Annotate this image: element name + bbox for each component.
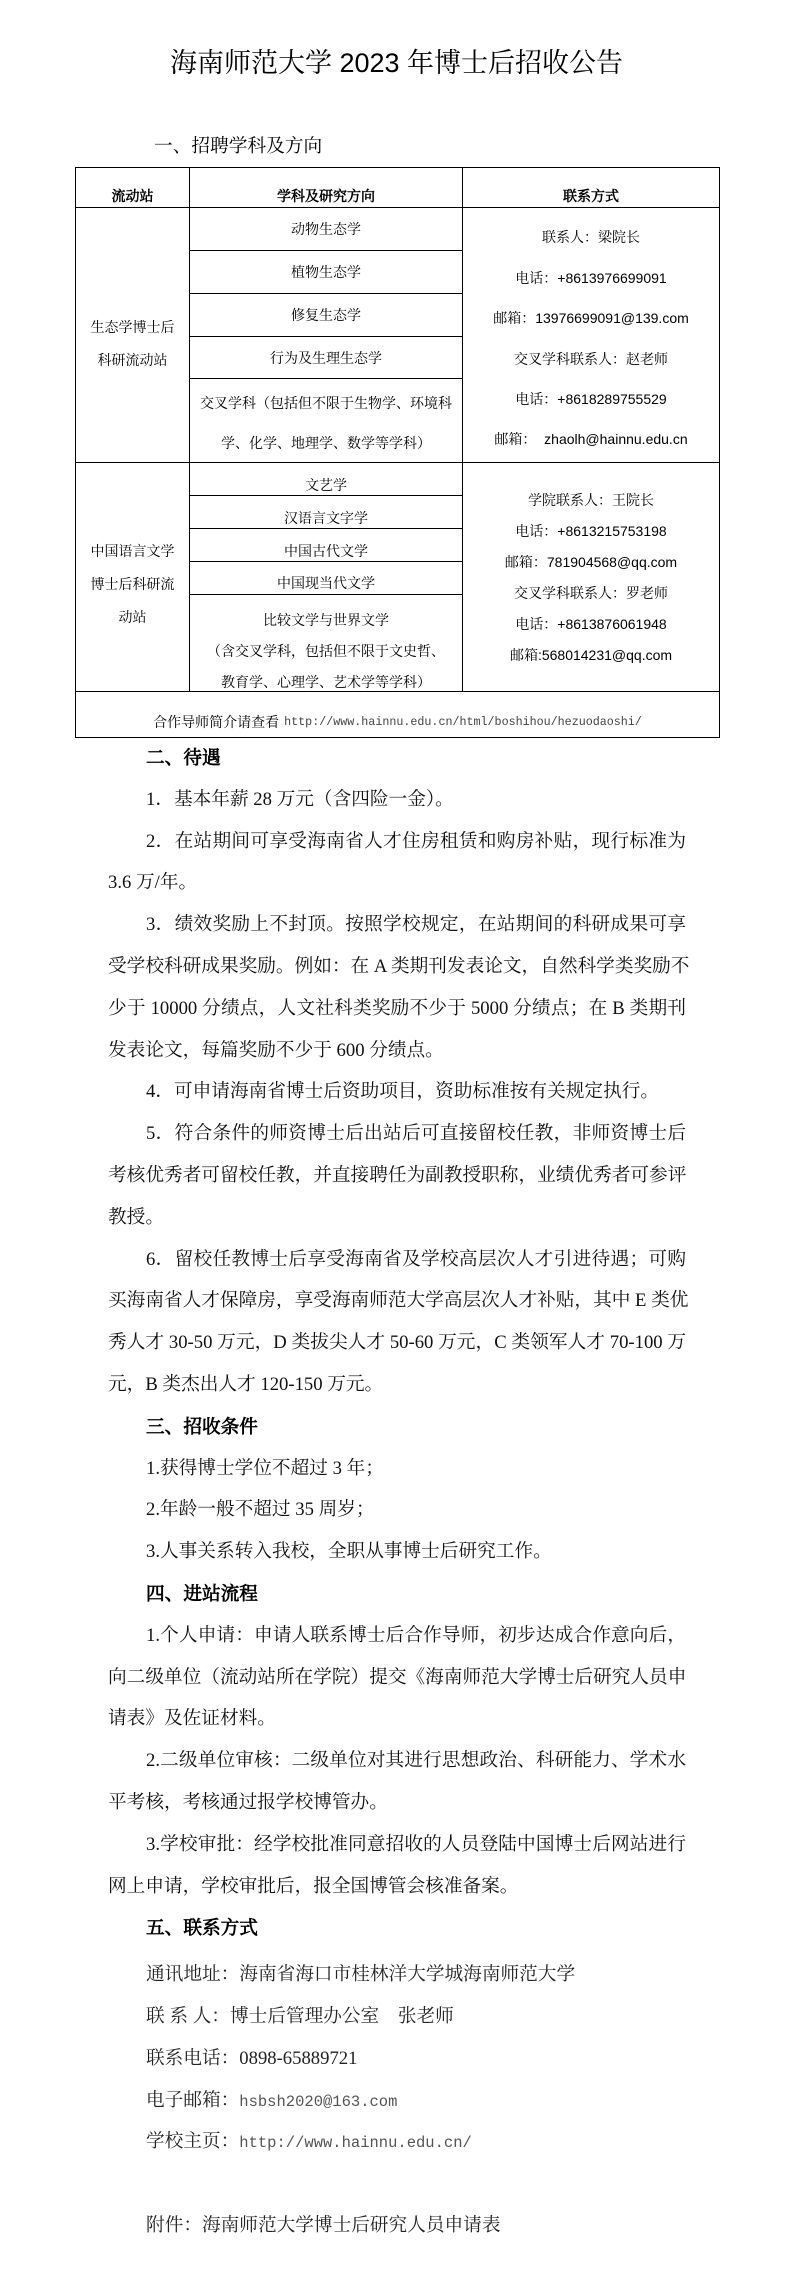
- advisor-info-link[interactable]: http://www.hainnu.edu.cn/html/boshihou/h…: [284, 712, 642, 732]
- paragraph-line: 3.6 万/年。: [108, 862, 686, 904]
- paragraph-line: 1.个人申请：申请人联系博士后合作导师，初步达成合作意向后，: [108, 1615, 686, 1657]
- process-step: 3.学校审批：经学校批准同意招收的人员登陆中国博士后网站进行 网上申请，学校审批…: [108, 1824, 686, 1908]
- paragraph-line: 网上申请，学校审批后，报全国博管会核准备案。: [108, 1866, 686, 1908]
- paragraph-line: 买海南省人才保障房，享受海南师范大学高层次人才补贴，其中 E 类优: [108, 1280, 686, 1322]
- benefit-item: 5．符合条件的师资博士后出站后可直接留校任教，非师资博士后 考核优秀者可留校任教…: [108, 1113, 686, 1238]
- discipline-name: 动物生态学: [291, 219, 361, 239]
- discipline-cell: 汉语言文字学: [190, 496, 463, 529]
- contact-address-value: 海南省海口市桂林洋大学城海南师范大学: [239, 1964, 575, 1985]
- requirement-item: 3.人事关系转入我校，全职从事博士后研究工作。: [108, 1531, 686, 1573]
- discipline-cell: 中国古代文学: [190, 529, 463, 562]
- blank-line: [108, 2163, 686, 2205]
- column-header-discipline: 学科及研究方向: [190, 168, 463, 208]
- discipline-name: （含交叉学科，包括但不限于文史哲、: [207, 636, 445, 667]
- paragraph-line: 5．符合条件的师资博士后出站后可直接留校任教，非师资博士后: [108, 1113, 686, 1155]
- homepage-link[interactable]: http://www.hainnu.edu.cn/: [239, 2134, 472, 2152]
- column-header-contact: 联系方式: [463, 168, 720, 208]
- contact-phone: 电话：+8613876061948: [515, 609, 666, 640]
- discipline-name: 汉语言文字学: [284, 508, 368, 528]
- discipline-cell: 比较文学与世界文学 （含交叉学科，包括但不限于文史哲、 教育学、心理学、艺术学等…: [190, 595, 463, 692]
- paragraph-line: 秀人才 30-50 万元，D 类拔尖人才 50-60 万元，C 类领军人才 70…: [108, 1322, 686, 1364]
- benefit-item: 3．绩效奖励上不封顶。按照学校规定，在站期间的科研成果可享 受学校科研成果奖励。…: [108, 904, 686, 1071]
- paragraph-line: 2.二级单位审核：二级单位对其进行思想政治、科研能力、学术水: [108, 1740, 686, 1782]
- contact-person-interdisciplinary: 交叉学科联系人：罗老师: [514, 578, 668, 609]
- discipline-cell: 植物生态学: [190, 251, 463, 294]
- station-name-line: 生态学博士后: [91, 311, 175, 344]
- column-header-label: 联系方式: [463, 168, 719, 207]
- contact-label: 电子邮箱：: [146, 2090, 239, 2111]
- advisor-info-cell: 合作导师简介请查看 http://www.hainnu.edu.cn/html/…: [76, 692, 720, 738]
- discipline-cell: 行为及生理生态学: [190, 337, 463, 379]
- discipline-name: 中国现当代文学: [277, 573, 375, 593]
- discipline-name: 植物生态学: [291, 262, 361, 282]
- attachment-row: 附件：海南师范大学博士后研究人员申请表: [108, 2205, 686, 2247]
- discipline-cell: 修复生态学: [190, 294, 463, 337]
- section-heading-benefits: 二、待遇: [108, 737, 686, 779]
- discipline-cell: 中国现当代文学: [190, 562, 463, 595]
- paragraph-line: 向二级单位（流动站所在学院）提交《海南师范大学博士后研究人员申: [108, 1657, 686, 1699]
- contact-email-row: 电子邮箱：hsbsh2020@163.com: [108, 2080, 686, 2122]
- benefit-item: 4．可申请海南省博士后资助项目，资助标准按有关规定执行。: [108, 1071, 686, 1113]
- column-header-station: 流动站: [76, 168, 190, 208]
- contact-person-interdisciplinary: 交叉学科联系人：赵老师: [514, 339, 668, 379]
- paragraph-line: 3.学校审批：经学校批准同意招收的人员登陆中国博士后网站进行: [108, 1824, 686, 1866]
- announcement-body: 二、待遇 1．基本年薪 28 万元（含四险一金）。 2．在站期间可享受海南省人才…: [108, 737, 686, 2247]
- benefit-item: 6．留校任教博士后享受海南省及学校高层次人才引进待遇；可购 买海南省人才保障房，…: [108, 1239, 686, 1406]
- benefit-item: 2．在站期间可享受海南省人才住房租赁和购房补贴，现行标准为 3.6 万/年。: [108, 821, 686, 905]
- contact-cell-ecology: 联系人：梁院长 电话：+8613976699091 邮箱：13976699091…: [463, 208, 720, 463]
- discipline-name: 修复生态学: [291, 305, 361, 325]
- paragraph-line: 受学校科研成果奖励。例如：在 A 类期刊发表论文，自然科学类奖励不: [108, 946, 686, 988]
- station-name-line: 中国语言文学: [91, 535, 175, 568]
- paragraph-line: 3．绩效奖励上不封顶。按照学校规定，在站期间的科研成果可享: [108, 904, 686, 946]
- paragraph-line: 少于 10000 分绩点，人文社科类奖励不少于 5000 分绩点；在 B 类期刊: [108, 988, 686, 1030]
- table-header-row: 流动站 学科及研究方向 联系方式: [76, 168, 720, 208]
- discipline-name: 比较文学与世界文学: [263, 605, 389, 636]
- contact-email: 邮箱：13976699091@139.com: [493, 298, 689, 338]
- paragraph-line: 发表论文，每篇奖励不少于 600 分绩点。: [108, 1030, 686, 1072]
- contact-cell-chinese-literature: 学院联系人：王院长 电话：+8613215753198 邮箱：781904568…: [463, 463, 720, 692]
- contact-phone-value: 0898-65889721: [239, 2048, 357, 2069]
- contact-label: 联 系 人：: [146, 2006, 230, 2027]
- paragraph-line: 平考核，考核通过报学校博管办。: [108, 1782, 686, 1824]
- announcement-page: 海南师范大学 2023 年博士后招收公告 一、招聘学科及方向 流动站 学科及研究…: [0, 0, 793, 2282]
- process-step: 1.个人申请：申请人联系博士后合作导师，初步达成合作意向后， 向二级单位（流动站…: [108, 1615, 686, 1740]
- advisor-info-label: 合作导师简介请查看: [153, 712, 279, 732]
- contact-email: 邮箱：781904568@qq.com: [505, 547, 677, 578]
- contact-phone-row: 联系电话：0898-65889721: [108, 2038, 686, 2080]
- contact-homepage-row: 学校主页：http://www.hainnu.edu.cn/: [108, 2121, 686, 2163]
- contact-person-value: 博士后管理办公室 张老师: [230, 2006, 454, 2027]
- paragraph-line: 2．在站期间可享受海南省人才住房租赁和购房补贴，现行标准为: [108, 821, 686, 863]
- requirement-item: 1.获得博士学位不超过 3 年；: [108, 1448, 686, 1490]
- contact-phone: 电话：+8613976699091: [515, 258, 666, 298]
- contact-email: 邮箱： zhaolh@hainnu.edu.cn: [494, 419, 687, 459]
- discipline-name: 行为及生理生态学: [270, 348, 382, 368]
- contact-email-value[interactable]: hsbsh2020@163.com: [239, 2093, 397, 2111]
- discipline-name: 中国古代文学: [284, 541, 368, 561]
- discipline-cell: 交叉学科（包括但不限于生物学、环境科 学、化学、地理学、数学等学科）: [190, 379, 463, 463]
- paragraph-line: 元，B 类杰出人才 120-150 万元。: [108, 1364, 686, 1406]
- contact-label: 联系电话：: [146, 2048, 239, 2069]
- paragraph-line: 6．留校任教博士后享受海南省及学校高层次人才引进待遇；可购: [108, 1239, 686, 1281]
- station-cell-ecology: 生态学博士后 科研流动站: [76, 208, 190, 463]
- section-heading-disciplines: 一、招聘学科及方向: [154, 127, 322, 165]
- contact-email: 邮箱:568014231@qq.com: [510, 640, 672, 671]
- station-name-line: 科研流动站: [98, 344, 168, 377]
- section-heading-contact: 五、联系方式: [108, 1907, 686, 1949]
- attachment-label: 附件：: [146, 2215, 202, 2236]
- discipline-name: 交叉学科（包括但不限于生物学、环境科: [200, 383, 452, 423]
- column-header-label: 流动站: [76, 168, 189, 207]
- requirement-item: 2.年龄一般不超过 35 周岁；: [108, 1489, 686, 1531]
- discipline-name: 学、化学、地理学、数学等学科）: [221, 423, 431, 463]
- paragraph-line: 教授。: [108, 1197, 686, 1239]
- contact-person: 学院联系人：王院长: [528, 485, 654, 516]
- section-heading-requirements: 三、招收条件: [108, 1406, 686, 1448]
- table-footer-row: 合作导师简介请查看 http://www.hainnu.edu.cn/html/…: [76, 692, 720, 738]
- contact-phone: 电话：+8618289755529: [515, 379, 666, 419]
- paragraph-line: 4．可申请海南省博士后资助项目，资助标准按有关规定执行。: [108, 1071, 686, 1113]
- recruitment-table: 流动站 学科及研究方向 联系方式 生态学博士后 科研流动站 动物生态学: [75, 167, 720, 738]
- station-cell-chinese-literature: 中国语言文学 博士后科研流 动站: [76, 463, 190, 692]
- table-row: 中国语言文学 博士后科研流 动站 文艺学 学院联系人：王院长 电话：+86132…: [76, 463, 720, 496]
- discipline-cell: 文艺学: [190, 463, 463, 496]
- benefit-item: 1．基本年薪 28 万元（含四险一金）。: [108, 779, 686, 821]
- contact-person: 联系人：梁院长: [542, 217, 640, 257]
- page-title: 海南师范大学 2023 年博士后招收公告: [0, 44, 793, 82]
- table-row: 生态学博士后 科研流动站 动物生态学 联系人：梁院长 电话：+861397669…: [76, 208, 720, 251]
- process-step: 2.二级单位审核：二级单位对其进行思想政治、科研能力、学术水 平考核，考核通过报…: [108, 1740, 686, 1824]
- paragraph-line: 请表》及佐证材料。: [108, 1698, 686, 1740]
- column-header-label: 学科及研究方向: [190, 168, 462, 207]
- paragraph-line: 1．基本年薪 28 万元（含四险一金）。: [108, 779, 686, 821]
- contact-phone: 电话：+8613215753198: [515, 516, 666, 547]
- station-name-line: 动站: [119, 601, 147, 634]
- contact-info: 通讯地址：海南省海口市桂林洋大学城海南师范大学 联 系 人：博士后管理办公室 张…: [108, 1954, 686, 2247]
- paragraph-line: 考核优秀者可留校任教，并直接聘任为副教授职称，业绩优秀者可参评: [108, 1155, 686, 1197]
- contact-label: 通讯地址：: [146, 1964, 239, 1985]
- attachment-name: 海南师范大学博士后研究人员申请表: [202, 2215, 501, 2236]
- discipline-name: 教育学、心理学、艺术学等学科）: [221, 667, 431, 698]
- discipline-name: 文艺学: [305, 475, 347, 495]
- contact-label: 学校主页：: [146, 2131, 239, 2152]
- station-name-line: 博士后科研流: [91, 568, 175, 601]
- contact-address-row: 通讯地址：海南省海口市桂林洋大学城海南师范大学: [108, 1954, 686, 1996]
- contact-person-row: 联 系 人：博士后管理办公室 张老师: [108, 1996, 686, 2038]
- section-heading-process: 四、进站流程: [108, 1573, 686, 1615]
- discipline-cell: 动物生态学: [190, 208, 463, 251]
